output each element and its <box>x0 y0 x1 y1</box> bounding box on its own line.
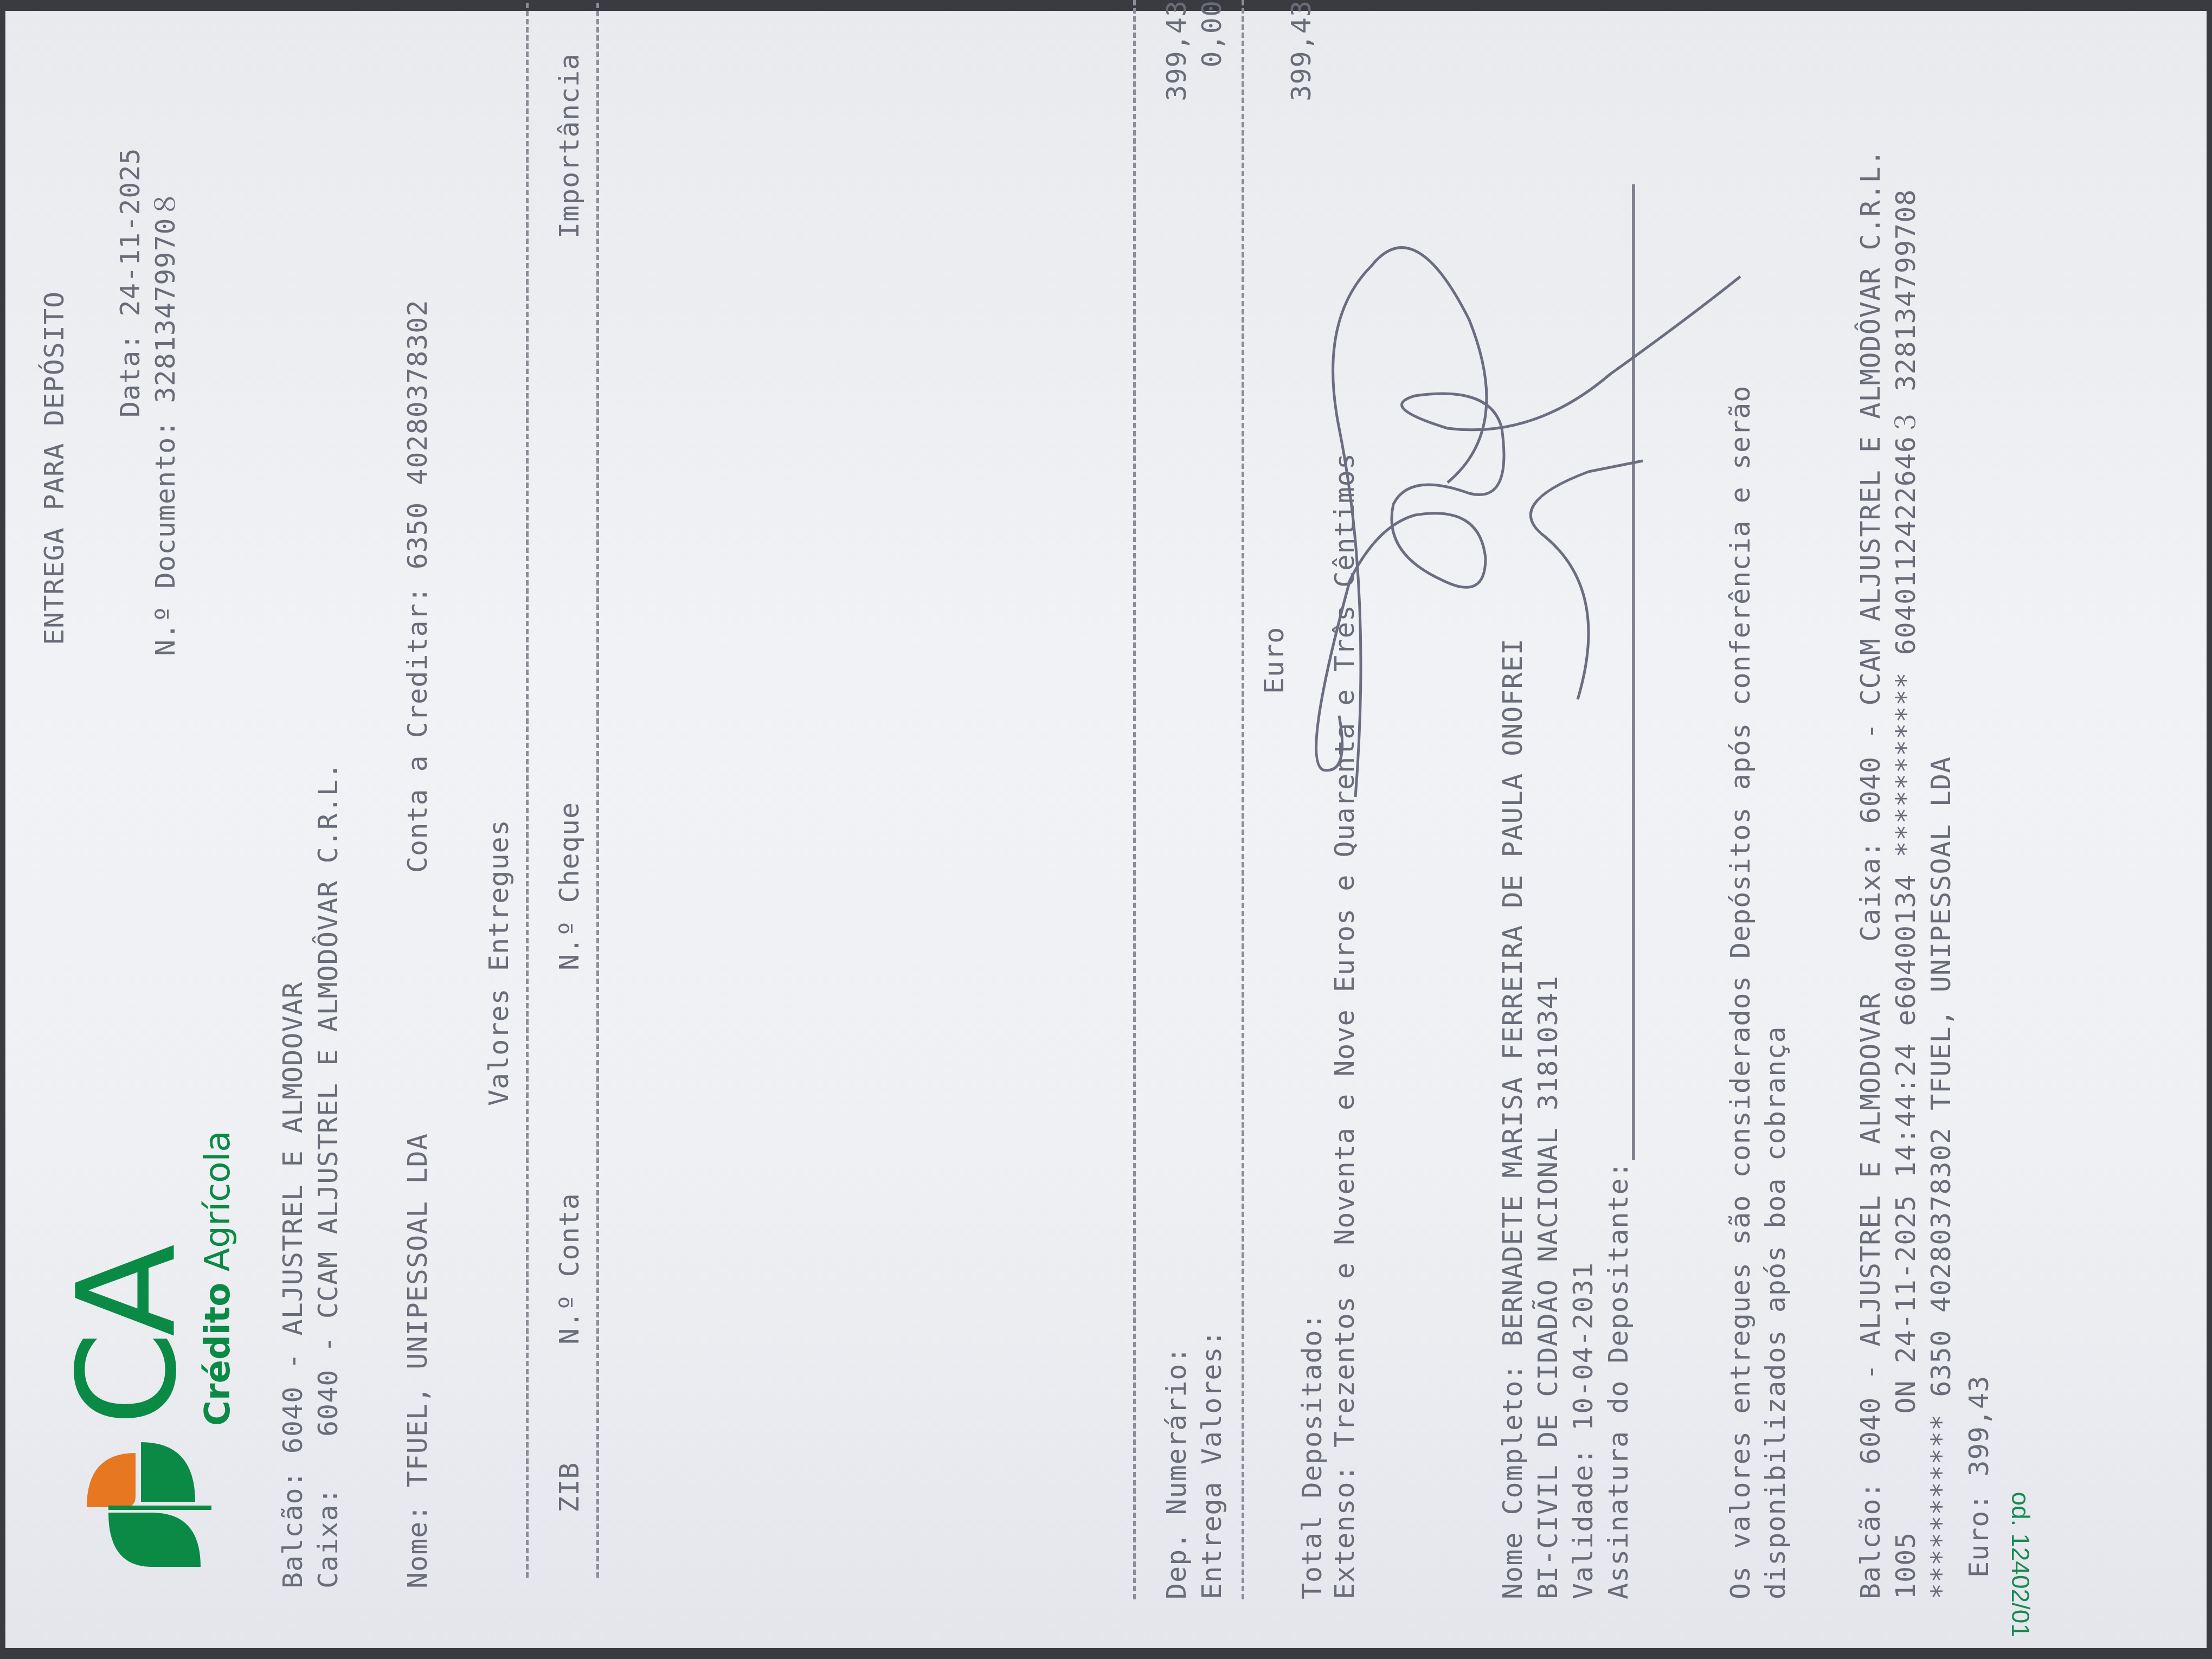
divider <box>1242 0 1244 1599</box>
brand-name: Crédito Agrícola <box>198 1131 238 1426</box>
divider <box>526 0 529 1578</box>
date-row: Data: 24-11-2025 <box>114 147 146 417</box>
balcao-row: Balcão: 6040 - ALJUSTREL E ALMODOVAR <box>276 981 309 1589</box>
id-document: BI-CIVIL DE CIDADÃO NACIONAL 31810341 <box>1532 975 1564 1599</box>
date-value: 24-11-2025 <box>114 147 146 316</box>
leaf-logo-icon <box>76 1426 217 1589</box>
doc-number-value: 32813479970８ <box>150 190 181 403</box>
footer-line-2: 1005 ON 24-11-2025 14:44:24 e60400134 **… <box>1889 189 1922 1599</box>
col-zib: ZIB <box>553 1462 586 1513</box>
total-value: 399,43 <box>1285 0 1317 184</box>
logo-letters: CA <box>60 1249 195 1426</box>
assinatura-label: Assinatura do Depositante: <box>1602 1161 1635 1599</box>
valores-title: Valores Entregues <box>483 819 515 1106</box>
col-conta: N.º Conta <box>553 1193 586 1345</box>
form-code: od. 12402/01 <box>2006 1491 2035 1637</box>
col-importancia: Importância <box>553 53 586 239</box>
footer-line-1: Balcão: 6040 - ALJUSTREL E ALMODOVAR Cai… <box>1854 149 1887 1599</box>
divider <box>596 0 599 1578</box>
doc-number-row: N.º Documento: 32813479970８ <box>149 190 182 656</box>
col-cheque: N.º Cheque <box>553 802 586 970</box>
entrega-valores-label: Entrega Valores: <box>1195 1329 1228 1599</box>
handwritten-signature <box>1307 157 1795 808</box>
total-label: Total Depositado: <box>1296 1313 1328 1599</box>
nome-row: Nome: TFUEL, UNIPESSOAL LDA <box>401 1133 434 1589</box>
entrega-valores-value: 0,00 <box>1195 0 1228 184</box>
document-title: ENTREGA PARA DEPÓSITO <box>38 291 70 645</box>
currency-label: Euro <box>1258 627 1290 694</box>
notice-line-1: Os valores entregues são considerados De… <box>1724 385 1757 1599</box>
conta-value: 6350 40280378302 <box>402 300 433 570</box>
deposit-slip: CA Crédito Agrícola ENTREGA PARA DEPÓSIT… <box>5 11 2207 1648</box>
dep-numerario-label: Dep. Numerário: <box>1160 1346 1193 1599</box>
footer-line-4: Euro: 399,43 <box>1963 1375 1995 1578</box>
caixa-row: Caixa: 6040 - CCAM ALJUSTREL E ALMODÔVAR… <box>312 762 344 1589</box>
footer-line-3: *********** 6350 40280378302 TFUEL, UNIP… <box>1925 756 1957 1599</box>
dep-numerario-value: 399,43 <box>1160 0 1193 184</box>
validade-row: Validade: 10-04-2031 <box>1567 1262 1599 1599</box>
conta-row: Conta a Creditar: 6350 40280378302 <box>401 300 434 873</box>
divider <box>1133 0 1136 1599</box>
notice-line-2: disponibilizados após boa cobrança <box>1759 1026 1792 1600</box>
